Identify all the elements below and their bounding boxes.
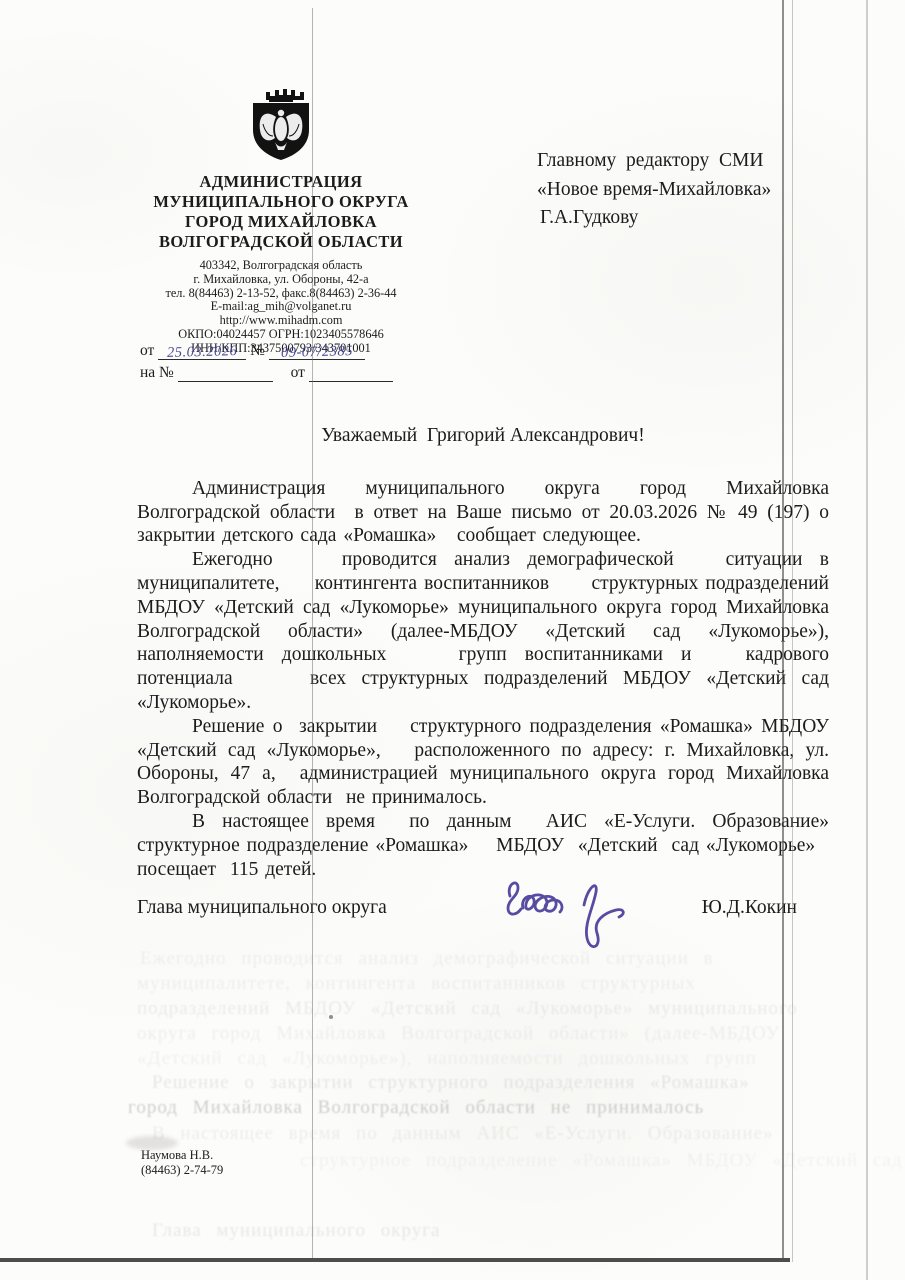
recipient-title: Главному редактору СМИ — [537, 147, 847, 176]
salutation: Уважаемый Григорий Александрович! — [137, 424, 829, 448]
ghost-line: подразделений МБДОУ «Детский сад «Лукомо… — [137, 998, 798, 1020]
recipient-organization: «Новое время-Михайловка» — [537, 176, 847, 205]
org-address-line: 403342, Волгоградская область — [133, 259, 429, 273]
paragraph: Решение о закрытии структурного подразде… — [137, 715, 829, 810]
handwritten-date: 25.03.2026 — [167, 343, 238, 362]
executor-name: Наумова Н.В. — [141, 1148, 223, 1163]
org-name-line: ВОЛГОГРАДСКОЙ ОБЛАСТИ — [133, 232, 429, 252]
paragraph: В настоящее время по данным АИС «Е-Услуг… — [137, 810, 829, 881]
ghost-line: округа город Михайловка Волгоградской об… — [137, 1023, 780, 1045]
org-website-line: http://www.mihadm.com — [133, 314, 429, 328]
recipient-block: Главному редактору СМИ «Новое время-Миха… — [537, 147, 847, 233]
letter-body: Уважаемый Григорий Александрович! Админи… — [137, 424, 829, 881]
outgoing-ref-row: от 25.03.2026 № 09-07/2385 — [140, 342, 450, 364]
recipient-person: Г.А.Гудкову — [537, 204, 847, 233]
executor-phone: (84463) 2-74-79 — [141, 1163, 223, 1178]
date-underline: 25.03.2026 — [158, 343, 246, 360]
signer-title: Глава муниципального округа — [137, 897, 387, 919]
number-label: № — [250, 342, 265, 359]
ghost-line: муниципалитете, контингента воспитаннико… — [137, 973, 696, 995]
ghost-line: Решение о закрытии структурного подразде… — [152, 1072, 750, 1094]
scan-fold-line — [782, 0, 784, 1262]
ghost-line: «Детский сад «Лукоморье»), наполняемости… — [137, 1048, 757, 1070]
scanned-letter-page: Ежегодно проводится анализ демографическ… — [0, 0, 905, 1280]
org-phone-line: тел. 8(84463) 2-13-52, факс.8(84463) 2-3… — [133, 287, 429, 301]
scan-fold-line — [866, 0, 868, 1280]
coat-of-arms-icon — [245, 84, 317, 162]
executor-block: Наумова Н.В. (84463) 2-74-79 — [141, 1148, 223, 1178]
ghost-line: Глава муниципального округа — [152, 1220, 440, 1242]
paragraph: Администрация муниципального округа горо… — [137, 477, 829, 548]
scan-edge-shadow — [0, 1258, 790, 1262]
handwritten-number: 09-07/2385 — [281, 343, 353, 362]
reply-date-underline — [309, 365, 393, 382]
org-name-line: АДМИНИСТРАЦИЯ — [133, 172, 429, 192]
org-name: АДМИНИСТРАЦИЯ МУНИЦИПАЛЬНОГО ОКРУГА ГОРО… — [133, 172, 429, 252]
paragraph: Ежегодно проводится анализ демографическ… — [137, 548, 829, 715]
letterhead: АДМИНИСТРАЦИЯ МУНИЦИПАЛЬНОГО ОКРУГА ГОРО… — [133, 84, 429, 356]
org-name-line: ГОРОД МИХАЙЛОВКА — [133, 212, 429, 232]
org-okpo-ogrn-line: ОКПО:04024457 ОГРН:1023405578646 — [133, 328, 429, 342]
scan-fold-line — [312, 8, 313, 1262]
scan-fold-line — [792, 0, 793, 1262]
signature-scribble — [496, 868, 654, 960]
scan-speck — [329, 1015, 333, 1019]
signature-row: Глава муниципального округа Ю.Д.Кокин — [137, 897, 797, 919]
org-email-line: E-mail:ag_mih@volganet.ru — [133, 300, 429, 314]
org-address-line: г. Михайловка, ул. Обороны, 42-а — [133, 273, 429, 287]
org-name-line: МУНИЦИПАЛЬНОГО ОКРУГА — [133, 192, 429, 212]
reply-number-underline — [178, 365, 273, 382]
ghost-line: структурное подразделение «Ромашка» МБДО… — [300, 1150, 903, 1172]
reply-from-label: от — [291, 364, 305, 381]
from-label: от — [140, 342, 154, 359]
incoming-ref-row: на № от — [140, 364, 450, 386]
ghost-line: город Михайловка Волгоградской области н… — [128, 1097, 704, 1119]
ghost-line: В настоящее время по данным АИС «Е-Услуг… — [152, 1123, 773, 1145]
reply-number-label: на № — [140, 364, 174, 381]
number-underline: 09-07/2385 — [269, 343, 365, 360]
reference-block: от 25.03.2026 № 09-07/2385 на № от — [140, 342, 450, 386]
